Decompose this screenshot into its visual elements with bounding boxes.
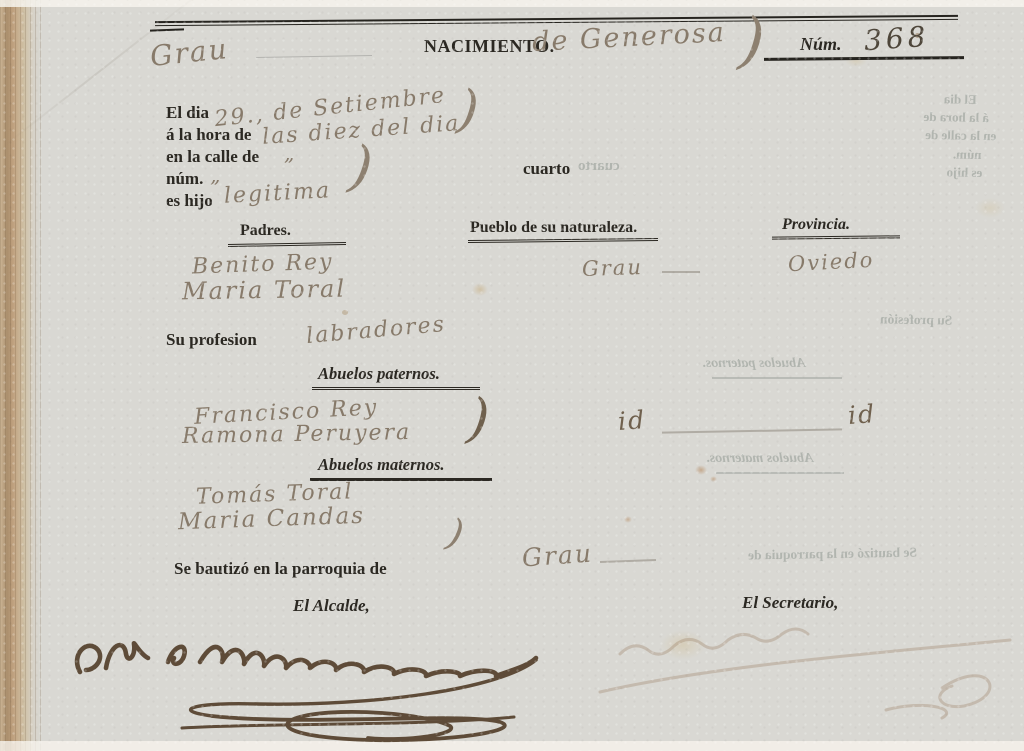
bleedthrough-su-profesion: Su profesión bbox=[880, 311, 952, 328]
profession-entry: labradores bbox=[305, 312, 447, 349]
page-top-edge bbox=[0, 0, 1024, 7]
stain bbox=[710, 476, 717, 482]
col-header-pueblo: Pueblo de su naturaleza. bbox=[470, 219, 637, 237]
pencil-line bbox=[256, 55, 372, 58]
baptism-parish-entry: Grau bbox=[521, 539, 594, 573]
parish-dash bbox=[600, 559, 656, 562]
bleedthrough-line: á la hora de bbox=[923, 109, 989, 126]
label-num: núm. bbox=[166, 169, 203, 189]
number-ditto-entry: „ bbox=[210, 163, 222, 187]
bleedthrough-intro-block: El dia á la hora de en la calle de núm. … bbox=[924, 91, 1024, 93]
col-header-padres: Padres. bbox=[240, 222, 291, 240]
header-rule-dash bbox=[150, 28, 184, 31]
pueblo-underline bbox=[468, 238, 658, 243]
padres-underline bbox=[228, 242, 346, 247]
abuelos-paternos-underline bbox=[312, 387, 480, 390]
bleedthrough-bautizo: Se bautizó en la parroquia de bbox=[748, 545, 917, 564]
bleedthrough-underline bbox=[712, 377, 842, 379]
provincia-entry: Oviedo bbox=[787, 248, 874, 276]
stain bbox=[624, 516, 632, 523]
pueblo-dash bbox=[662, 271, 700, 273]
street-ditto-entry: „ bbox=[284, 141, 296, 165]
bleedthrough-line: en la calle de bbox=[925, 127, 996, 144]
child-name-entry: de Generosa bbox=[531, 17, 726, 58]
margin-place-note: Grau bbox=[148, 32, 230, 73]
heading-abuelos-maternos: Abuelos maternos. bbox=[318, 455, 445, 475]
bleedthrough-abuelos-maternos: Abuelos maternos. bbox=[706, 451, 813, 467]
paternal-grandmother-entry: Ramona Peruyera bbox=[182, 420, 412, 449]
hand-flourish-paren: ) bbox=[346, 139, 375, 197]
hand-flourish-paren: ) bbox=[737, 9, 768, 73]
bleedthrough-cuarto: cuarto bbox=[578, 158, 620, 175]
hand-flourish-paren: ) bbox=[465, 391, 492, 447]
label-es-hijo: es hijo bbox=[166, 191, 213, 211]
mother-name-entry: Maria Toral bbox=[182, 275, 346, 306]
num-label: Núm. bbox=[800, 34, 842, 55]
bleedthrough-underline bbox=[716, 472, 844, 474]
stain bbox=[975, 198, 1005, 218]
bleedthrough-line: es hijo bbox=[946, 164, 982, 181]
label-el-dia: El dia bbox=[166, 103, 209, 123]
col-header-provincia: Provincia. bbox=[782, 216, 850, 234]
bleedthrough-line: núm. bbox=[953, 146, 982, 162]
idem-dash bbox=[662, 428, 842, 433]
grandparents-provincia-idem: id bbox=[847, 399, 877, 430]
bleedthrough-abuelos-paternos: Abuelos paternos. bbox=[702, 356, 805, 372]
hand-flourish-paren: ) bbox=[444, 513, 468, 553]
label-bautizo: Se bautizó en la parroquia de bbox=[174, 559, 387, 579]
stain bbox=[342, 310, 348, 315]
label-cuarto: cuarto bbox=[523, 159, 570, 179]
bleedthrough-line: El dia bbox=[944, 91, 977, 108]
book-binding-edge bbox=[0, 0, 42, 751]
provincia-underline bbox=[772, 235, 900, 239]
alcalde-signature bbox=[62, 612, 572, 747]
pueblo-entry: Grau bbox=[582, 255, 644, 281]
grandparents-pueblo-idem: id bbox=[617, 405, 647, 436]
stain bbox=[472, 283, 488, 296]
maternal-grandmother-entry: Maria Candas bbox=[178, 503, 366, 536]
heading-abuelos-paternos: Abuelos paternos. bbox=[318, 364, 440, 384]
secretario-signature-faint bbox=[592, 612, 1022, 730]
label-profesion: Su profesion bbox=[166, 330, 257, 350]
label-secretario: El Secretario, bbox=[742, 593, 838, 613]
document-page: Grau NACIMIENTO. de Generosa ) Núm. 368 … bbox=[0, 0, 1024, 751]
header-double-rule bbox=[155, 15, 958, 26]
legitimacy-entry: legitima bbox=[223, 178, 331, 209]
num-value-entry: 368 bbox=[863, 20, 931, 57]
